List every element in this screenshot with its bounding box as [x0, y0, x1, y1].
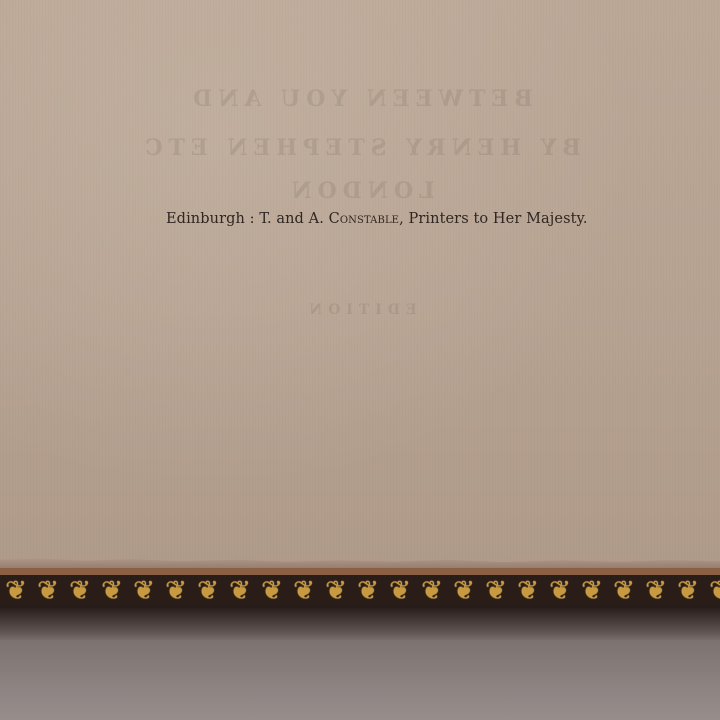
gilt-leaf-ornament-icon: ❦ — [608, 575, 640, 607]
book-page: BETWEEN YOU AND BY HENRY STEPHEN ETC LON… — [0, 0, 720, 566]
gilt-leaf-ornament-icon: ❦ — [640, 575, 672, 607]
show-through-text-line-2: BY HENRY STEPHEN ETC — [0, 135, 720, 161]
gilt-leaf-ornament-icon: ❦ — [160, 575, 192, 607]
gilt-leaf-ornament-icon: ❦ — [512, 575, 544, 607]
gilt-leaf-ornament-icon: ❦ — [320, 575, 352, 607]
gilt-leaf-ornament-icon: ❦ — [544, 575, 576, 607]
gilt-leaf-ornament-icon: ❦ — [576, 575, 608, 607]
gilt-leaf-ornament-icon: ❦ — [96, 575, 128, 607]
gilt-leaf-ornament-icon: ❦ — [32, 575, 64, 607]
gilt-ornamental-border: ❦❦❦❦❦❦❦❦❦❦❦❦❦❦❦❦❦❦❦❦❦❦❦❦ — [0, 575, 720, 607]
show-through-text-line-4: EDITION — [0, 302, 720, 318]
imprint-prefix: Edinburgh : T. and A. — [166, 211, 329, 227]
gilt-leaf-ornament-icon: ❦ — [416, 575, 448, 607]
show-through-text-line-1: BETWEEN YOU AND — [0, 86, 720, 112]
printer-imprint: Edinburgh : T. and A. Constable, Printer… — [166, 211, 588, 227]
gilt-leaf-ornament-icon: ❦ — [64, 575, 96, 607]
gilt-leaf-ornament-icon: ❦ — [384, 575, 416, 607]
table-surface — [0, 640, 720, 720]
gilt-leaf-ornament-icon: ❦ — [480, 575, 512, 607]
gilt-leaf-ornament-icon: ❦ — [704, 575, 720, 607]
gilt-leaf-ornament-icon: ❦ — [672, 575, 704, 607]
gilt-leaf-ornament-icon: ❦ — [128, 575, 160, 607]
gilt-leaf-ornament-icon: ❦ — [192, 575, 224, 607]
show-through-text-line-3: LONDON — [0, 178, 720, 204]
gilt-leaf-ornament-icon: ❦ — [256, 575, 288, 607]
gilt-leaf-ornament-icon: ❦ — [352, 575, 384, 607]
gilt-leaf-ornament-icon: ❦ — [448, 575, 480, 607]
gilt-leaf-ornament-icon: ❦ — [0, 575, 32, 607]
imprint-suffix: , Printers to Her Majesty. — [399, 211, 588, 227]
gilt-leaf-ornament-icon: ❦ — [224, 575, 256, 607]
imprint-printer-name: Constable — [329, 211, 399, 227]
gilt-leaf-ornament-icon: ❦ — [288, 575, 320, 607]
